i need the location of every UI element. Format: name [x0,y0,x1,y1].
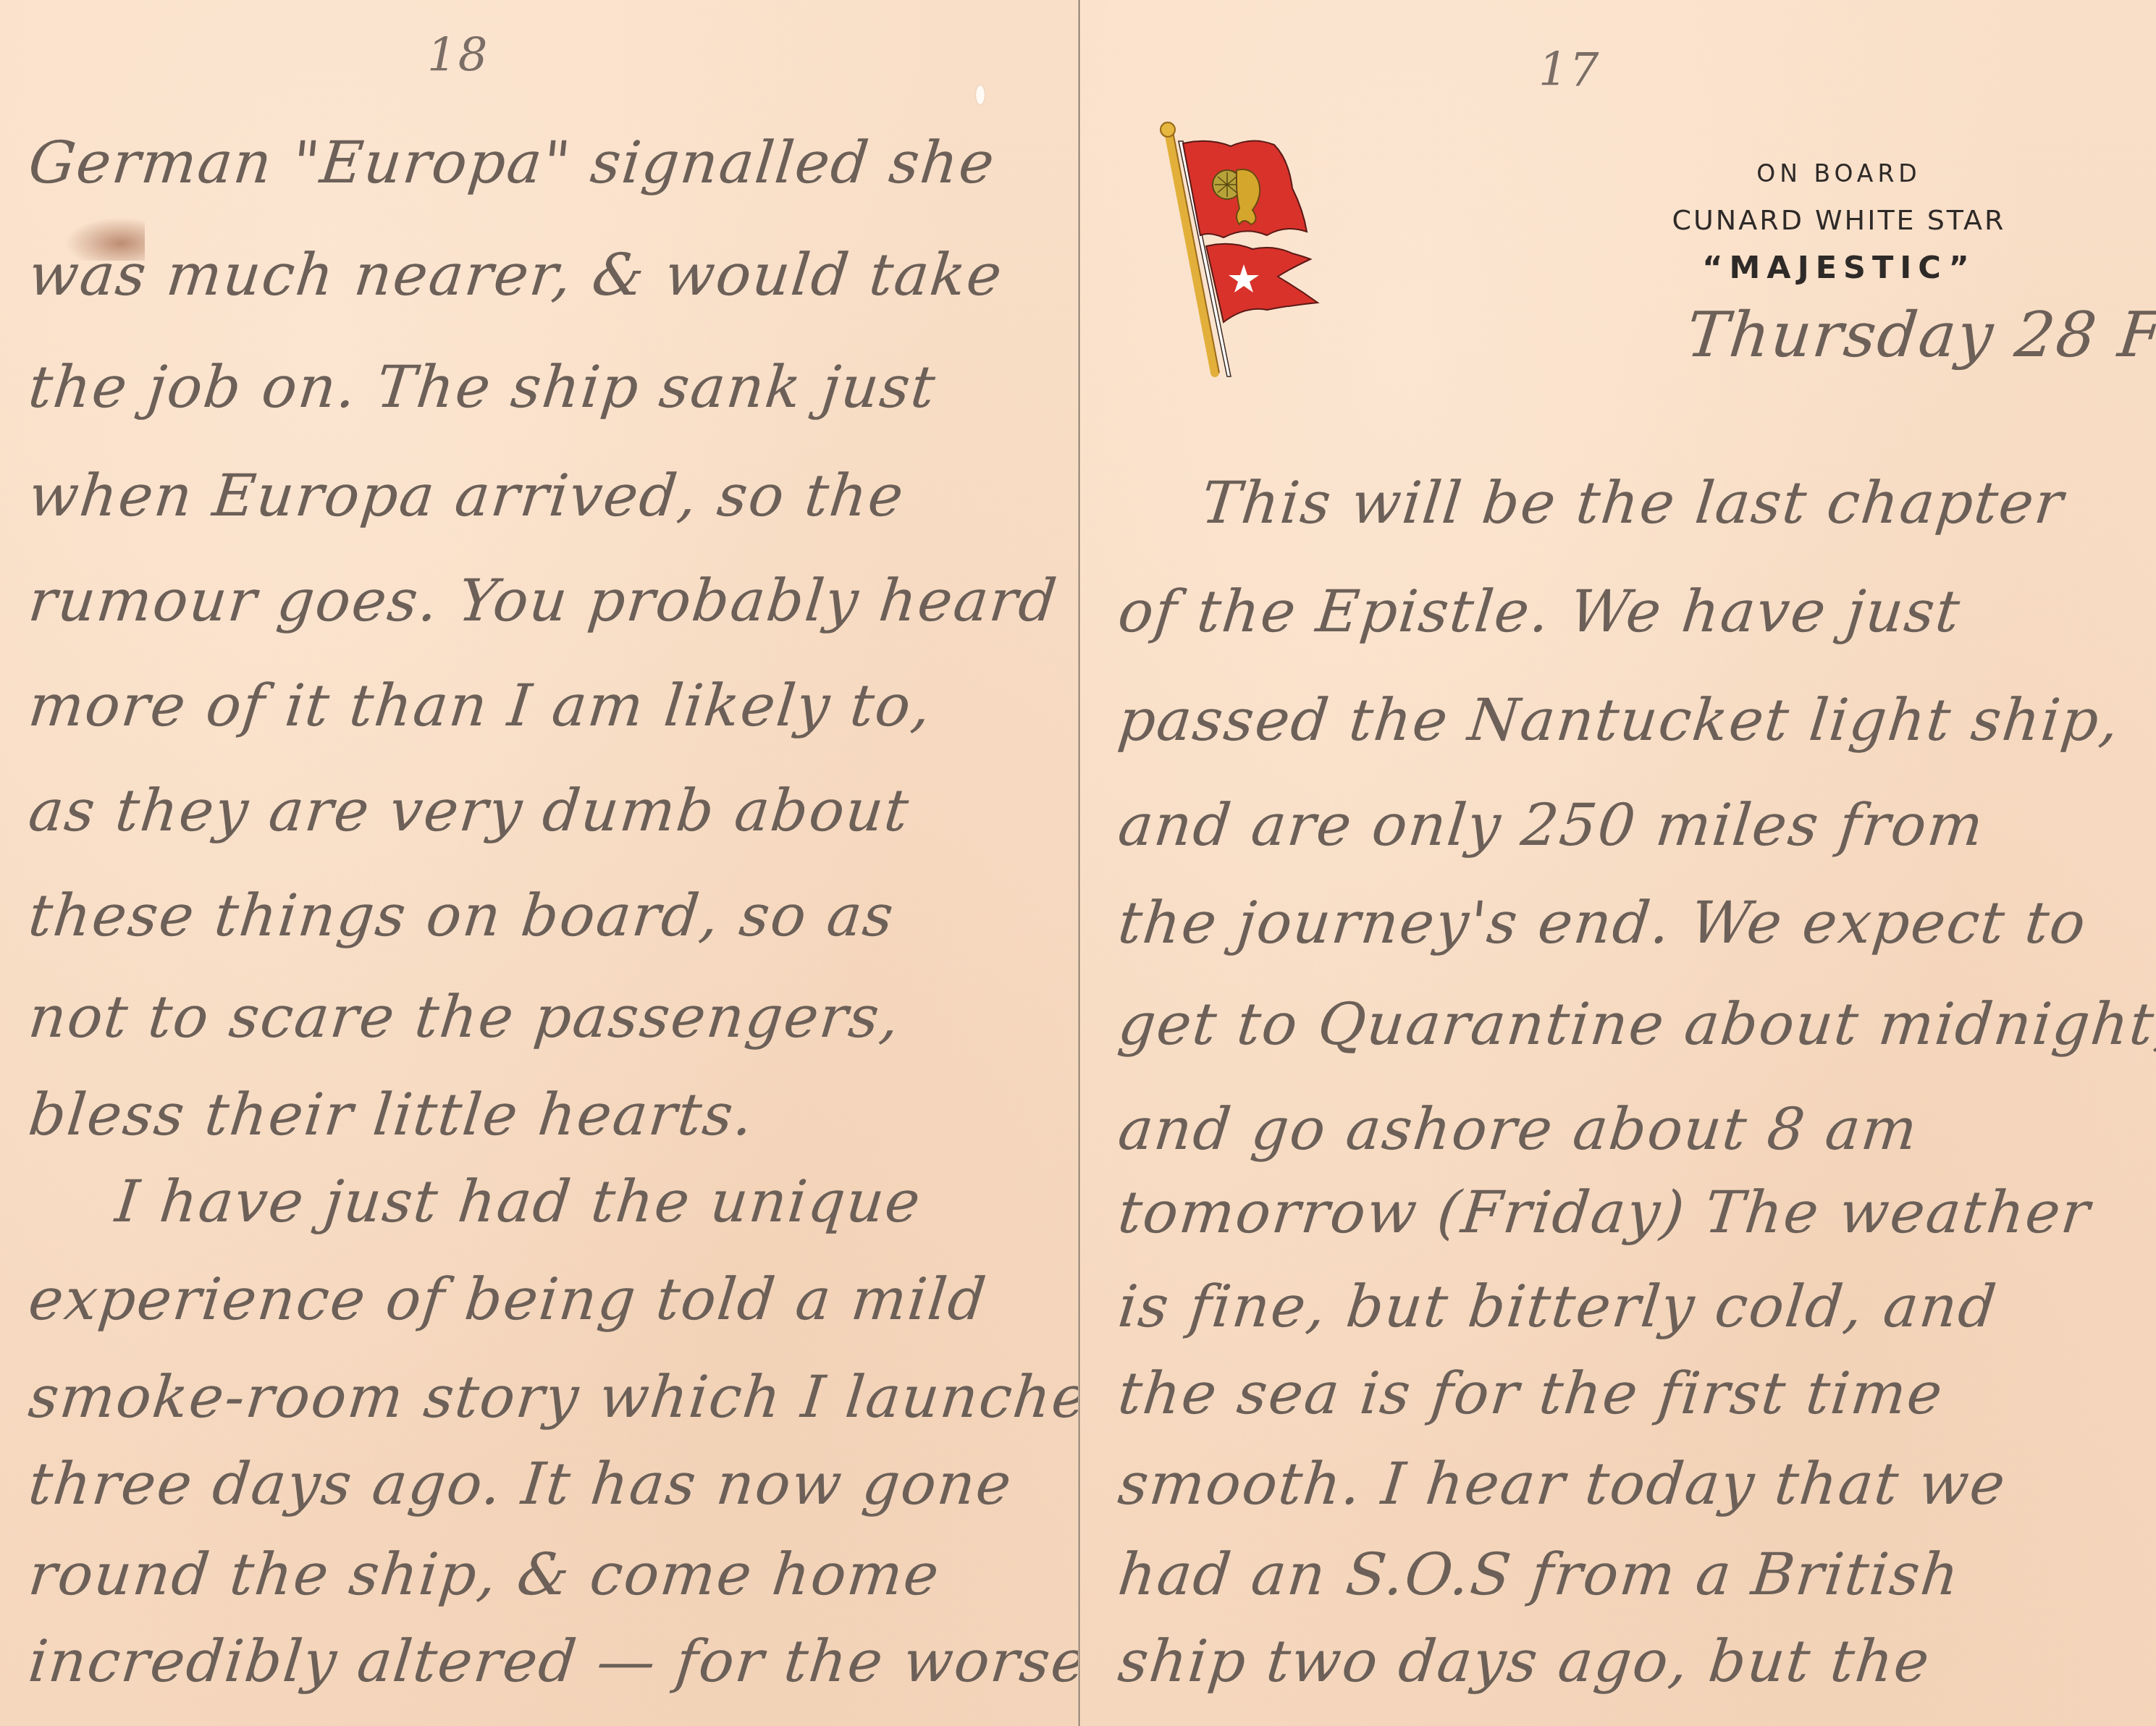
handwritten-line: round the ship, & come home [26,1546,943,1604]
letterhead-on-board: ON BOARD [1593,159,2085,188]
letterhead-company: CUNARD WHITE STAR [1593,204,2085,236]
paper-hole [976,85,985,104]
handwritten-line: as they are very dumb about [26,782,912,840]
handwritten-line: rumour goes. You probably heard [26,572,1061,630]
letter-spread: 18 German "Europa" signalled she was muc… [0,0,2156,1726]
handwritten-line: is fine, but bitterly cold, and [1116,1278,2000,1336]
letter-date: Thursday 28 Feby. [1683,304,2156,366]
handwritten-line: German "Europa" signalled she [26,134,998,192]
handwritten-line: not to scare the passengers, [26,988,904,1046]
handwritten-line: and go ashore about 8 am [1116,1100,1921,1158]
handwritten-line: incredibly altered — for the worse. [26,1633,1110,1691]
handwritten-line: these things on board, so as [26,887,898,945]
handwritten-line: experience of being told a mild [26,1271,990,1329]
handwritten-line: bless their little hearts. [26,1086,757,1144]
handwritten-line: more of it than I am likely to, [26,677,935,735]
handwritten-line: smooth. I hear today that we [1116,1455,2009,1513]
handwritten-line: had an S.O.S from a British [1116,1546,1963,1604]
handwritten-line: smoke-room story which I launched [26,1368,1129,1426]
handwritten-line: This will be the last chapter [1199,474,2067,532]
handwritten-line: and are only 250 miles from [1116,796,1987,854]
page-number-left: 18 [427,29,489,83]
handwritten-line: the job on. The ship sank just [26,358,939,416]
letterhead-ship-name: “MAJESTIC” [1593,250,2085,286]
handwritten-line: when Europa arrived, so the [26,467,907,525]
page-number-right: 17 [1538,43,1600,97]
handwritten-line: of the Epistle. We have just [1116,583,1963,641]
handwritten-line: the journey's end. We expect to [1116,894,2089,952]
handwritten-line: I have just had the unique [113,1173,925,1231]
handwritten-line: three days ago. It has now gone [26,1455,1015,1513]
handwritten-line: get to Quarantine about midnight, [1116,995,2156,1053]
left-page: 18 German "Europa" signalled she was muc… [0,0,1079,1726]
handwritten-line: tomorrow (Friday) The weather [1116,1184,2094,1242]
handwritten-line: ship two days ago, but the [1116,1633,1933,1691]
cunard-white-star-flags-icon [1158,116,1361,384]
handwritten-line: the sea is for the first time [1116,1365,1946,1423]
handwritten-line: passed the Nantucket light ship, [1116,691,2123,749]
handwritten-line: was much nearer, & would take [26,246,1006,304]
